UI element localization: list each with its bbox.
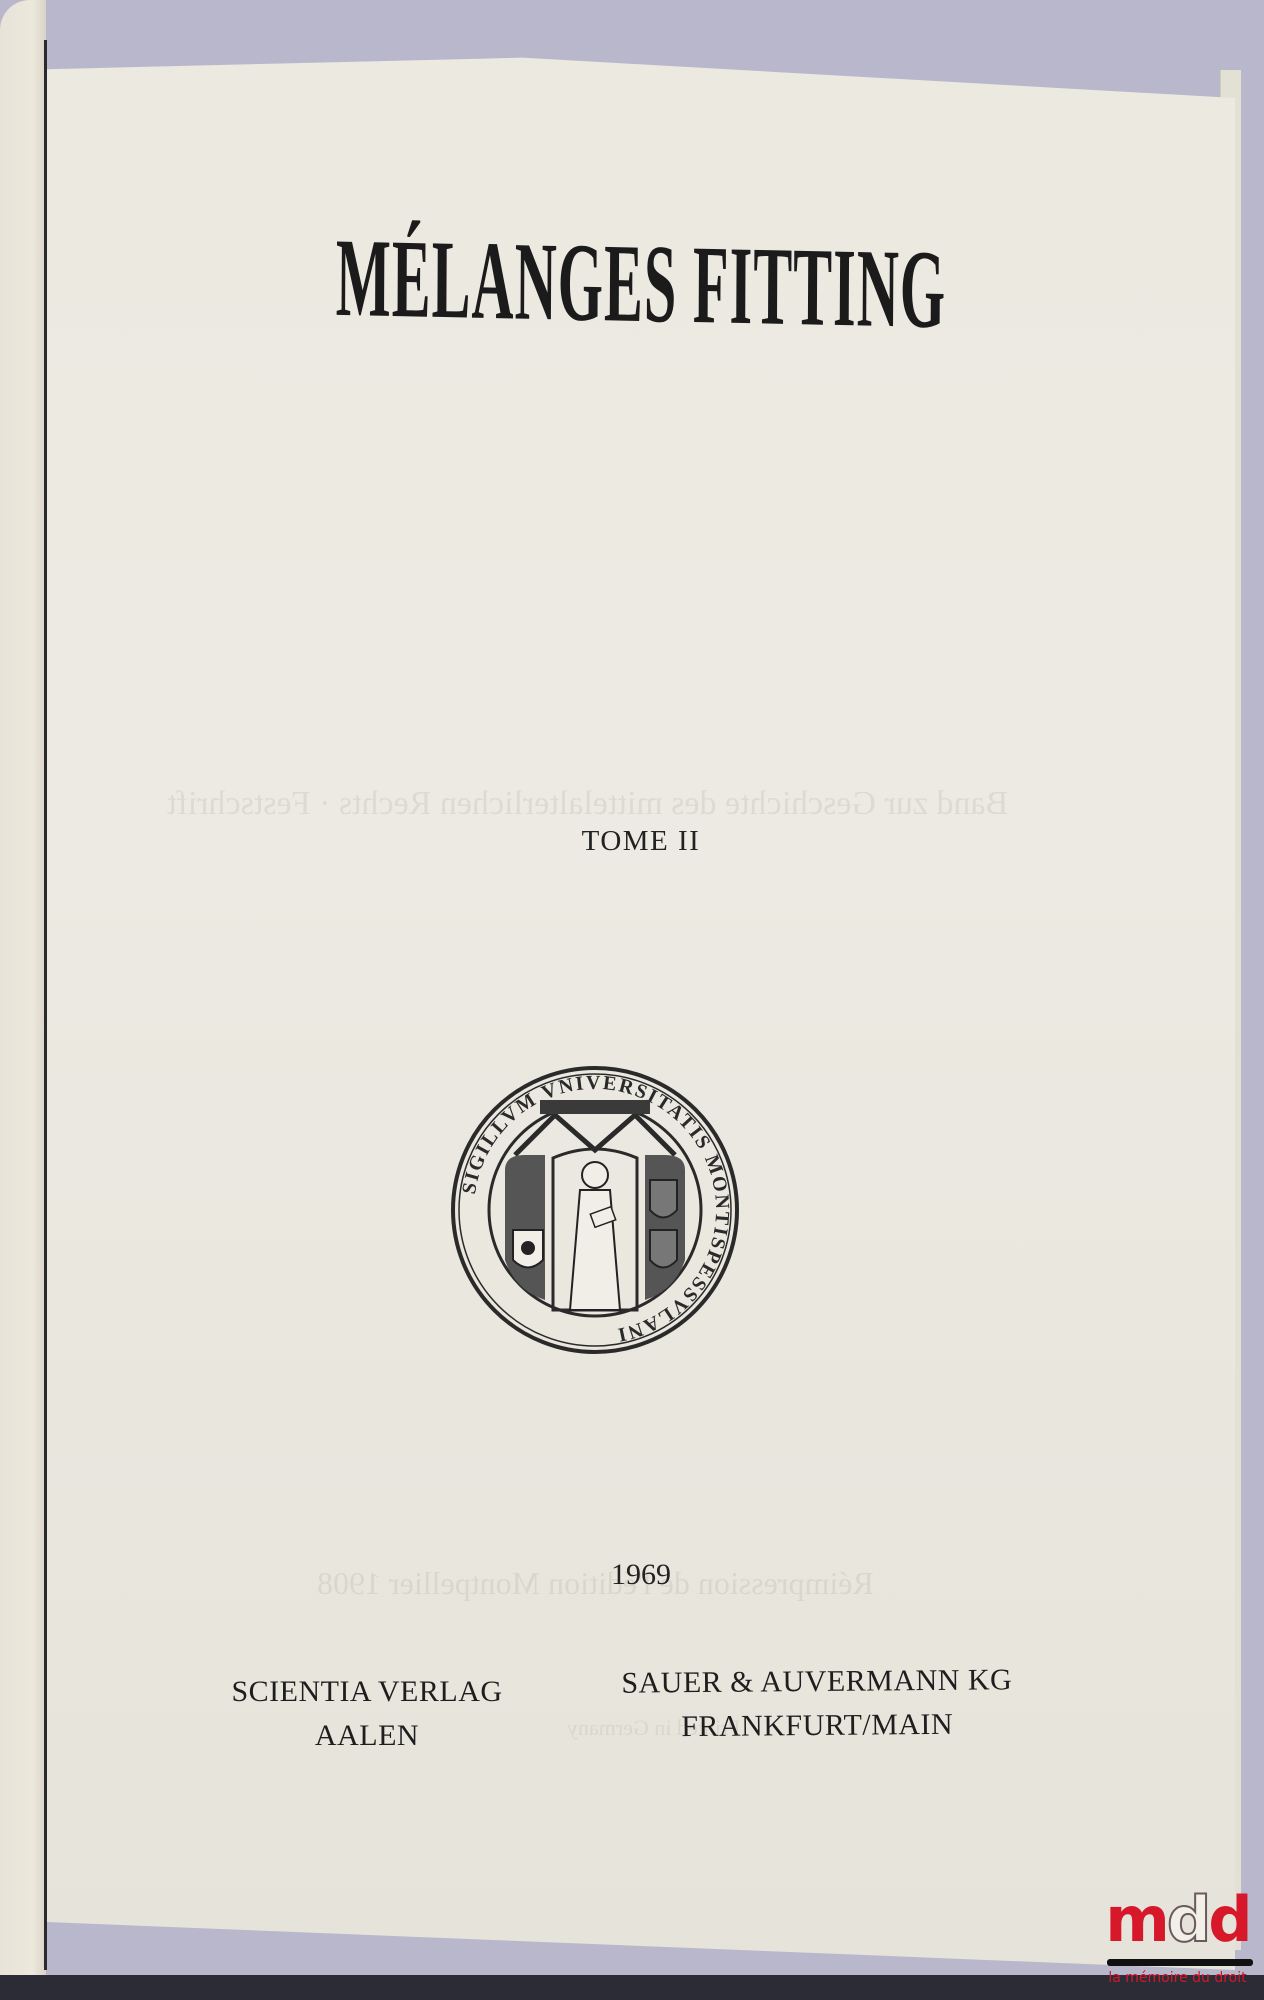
logo-tagline: la mémoire du droit	[1095, 1970, 1260, 1986]
book-title: MÉLANGES FITTING	[332, 214, 950, 355]
show-through-text: Band zur Geschichte des mittelalterliche…	[167, 785, 1008, 823]
publisher-left-city: AALEN	[172, 1714, 562, 1758]
mdd-logo-icon: mdd	[1095, 1885, 1260, 1955]
book-cover-edge	[0, 1975, 1264, 2000]
publisher-right-name: SAUER & AUVERMANN KG	[557, 1658, 1077, 1707]
title-page: Band zur Geschichte des mittelalterliche…	[47, 50, 1235, 1970]
previous-page-edge	[0, 0, 46, 2000]
volume-label: TOME II	[47, 825, 1235, 858]
publisher-right-city: FRANKFURT/MAIN	[557, 1702, 1077, 1751]
publisher-left-name: SCIENTIA VERLAG	[172, 1670, 562, 1714]
logo-underline	[1107, 1959, 1253, 1966]
publication-year: 1969	[47, 1558, 1235, 1592]
book-gutter	[44, 40, 47, 1970]
mdd-watermark-logo: mdd la mémoire du droit	[1095, 1885, 1260, 2000]
publisher-right: SAUER & AUVERMANN KG FRANKFURT/MAIN	[557, 1658, 1078, 1751]
publisher-left: SCIENTIA VERLAG AALEN	[172, 1670, 562, 1758]
university-seal-icon: SIGILLVM VNIVERSITATIS MONTISPESSVLANI	[445, 1060, 745, 1360]
